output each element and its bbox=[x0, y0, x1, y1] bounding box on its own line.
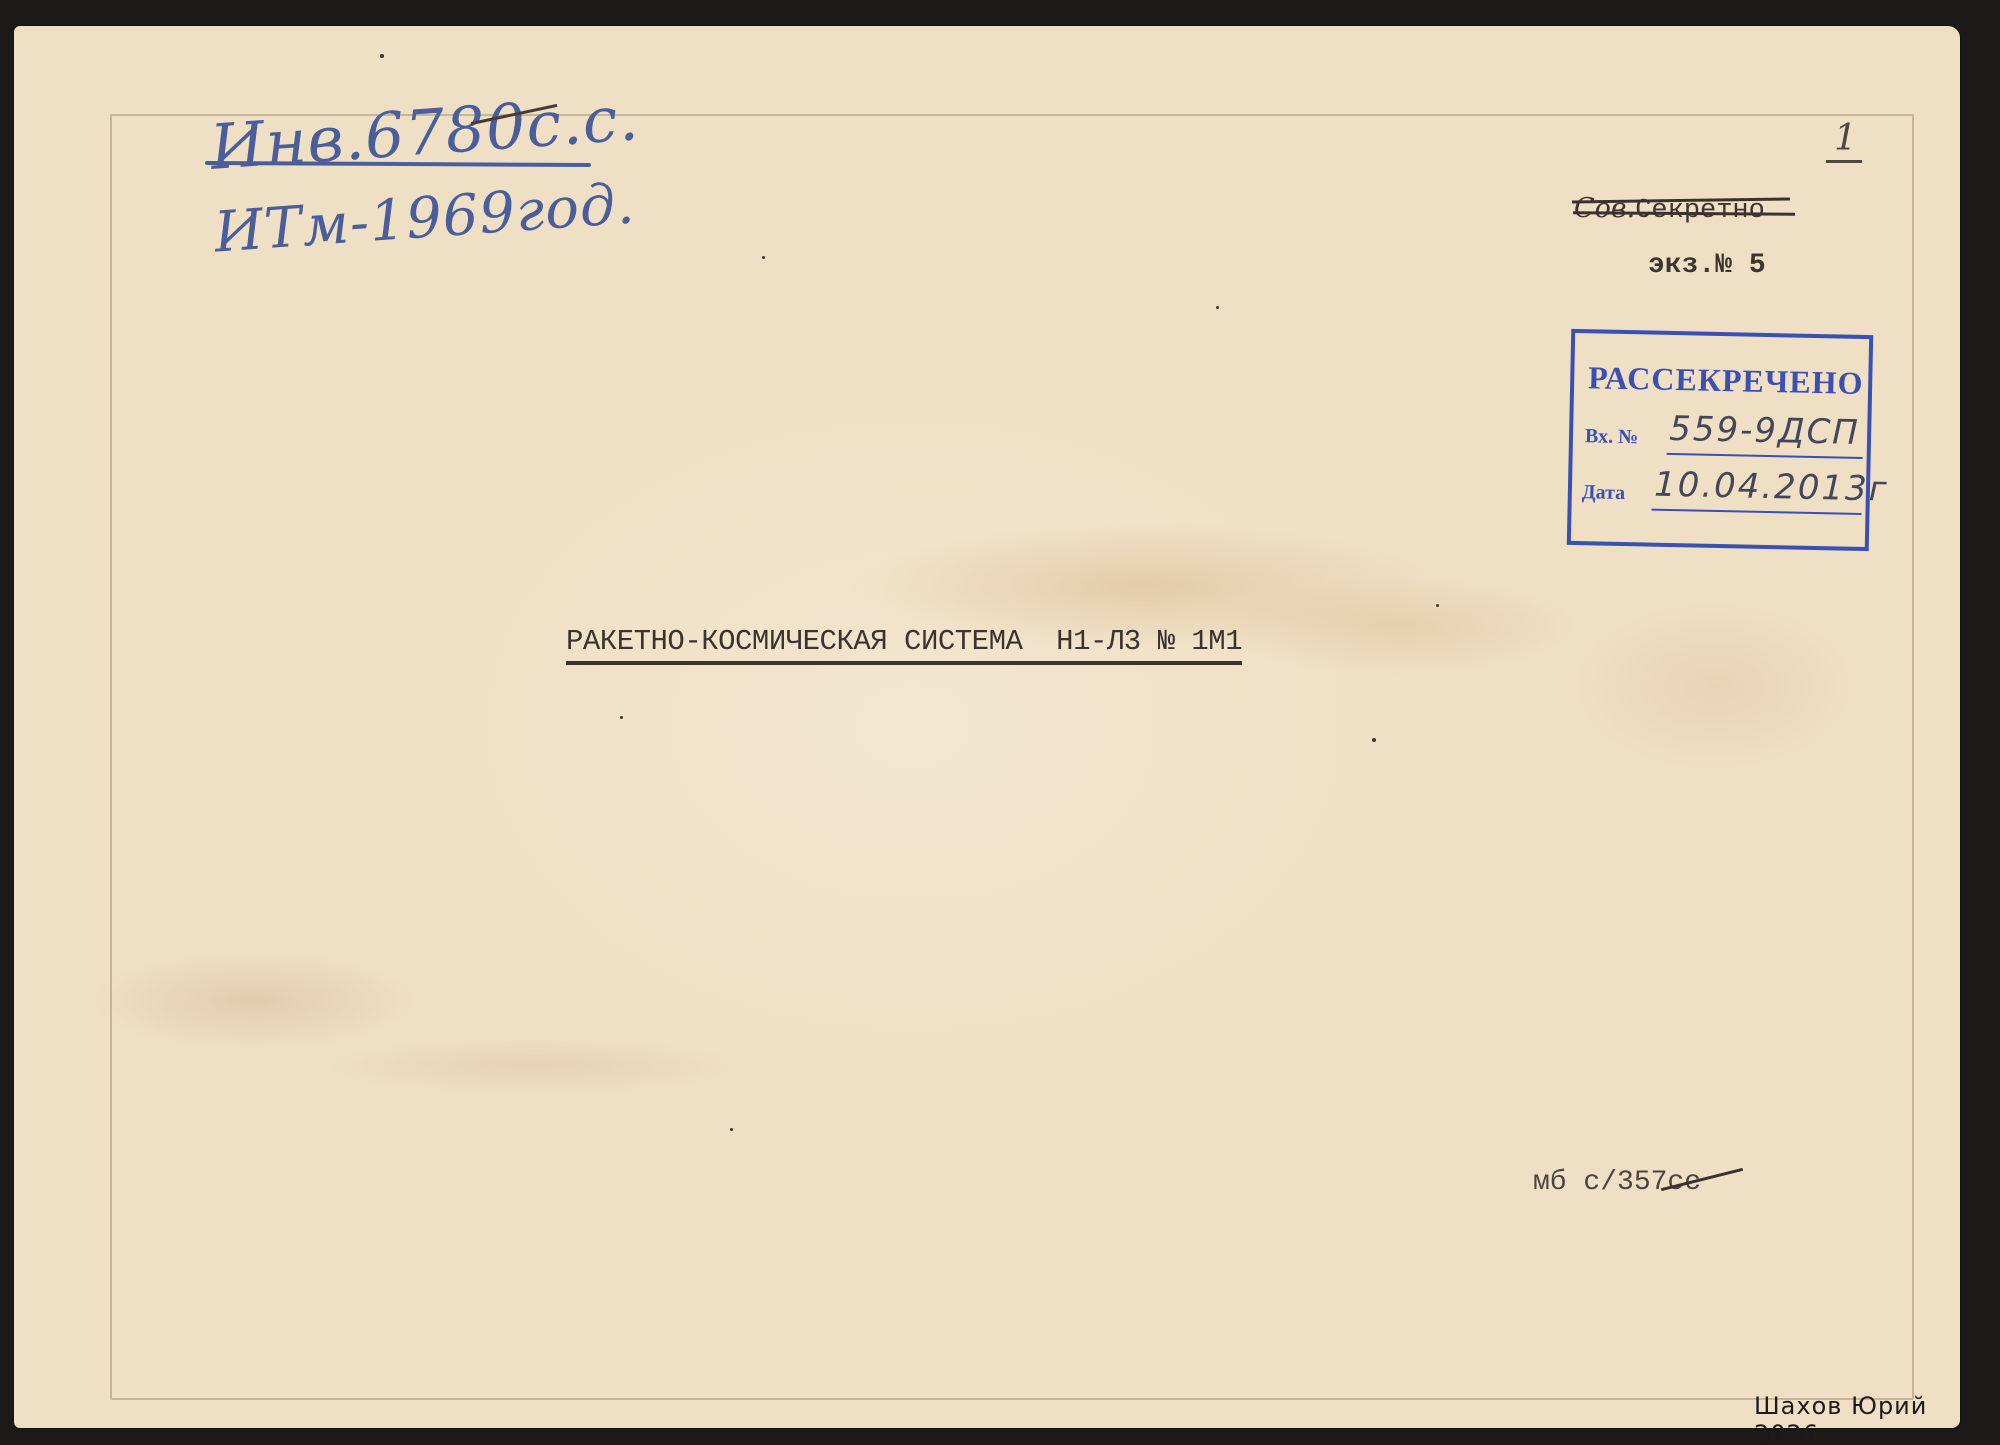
stamp-line bbox=[1667, 453, 1863, 459]
stamp-date-label: Дата bbox=[1582, 481, 1626, 505]
stamp-incoming-value: 559-9ДСП bbox=[1669, 409, 1860, 453]
mount-frame bbox=[110, 114, 1914, 1400]
stamp-date-value: 10.04.2013г bbox=[1654, 465, 1889, 510]
paper-speck bbox=[730, 1128, 733, 1131]
reference-code: мб с/357сс bbox=[1533, 1167, 1701, 1198]
declassified-stamp: РАССЕКРЕЧЕНО Вх. № 559-9ДСП Дата 10.04.2… bbox=[1567, 329, 1873, 551]
stamp-incoming-label: Вх. № bbox=[1585, 425, 1639, 449]
paper-speck bbox=[620, 716, 623, 719]
paper-speck bbox=[762, 256, 765, 259]
copy-number: экз.№ 5 bbox=[1648, 250, 1766, 281]
stamp-line bbox=[1652, 509, 1862, 515]
paper-speck bbox=[380, 54, 384, 58]
watermark-credit: Шахов Юрий 2026 bbox=[1754, 1392, 2000, 1445]
paper-speck bbox=[1216, 306, 1219, 309]
classification-prefix: Сов. bbox=[1574, 193, 1635, 224]
document-title: РАКЕТНО-КОСМИЧЕСКАЯ СИСТЕМА Н1-Л3 № 1М1 bbox=[566, 625, 1242, 665]
paper-speck bbox=[1436, 604, 1439, 607]
paper-speck bbox=[1372, 738, 1376, 742]
stamp-title: РАССЕКРЕЧЕНО bbox=[1588, 359, 1864, 402]
page-number-underline bbox=[1826, 160, 1862, 163]
page-number: 1 bbox=[1834, 118, 1857, 159]
